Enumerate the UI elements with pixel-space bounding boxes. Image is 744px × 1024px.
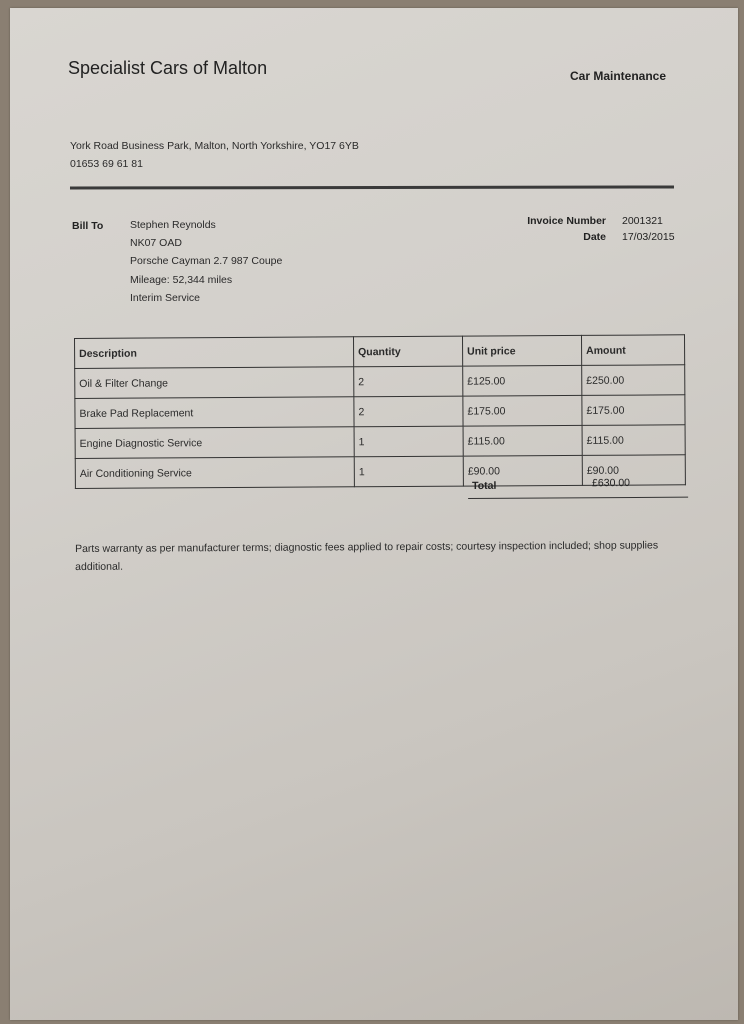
vehicle-registration: NK07 OAD xyxy=(130,234,282,252)
cell-unit-price: £115.00 xyxy=(463,425,582,456)
header-divider xyxy=(70,185,674,189)
customer-name: Stephen Reynolds xyxy=(130,216,282,234)
col-unit-price: Unit price xyxy=(462,335,581,366)
vehicle-mileage: Mileage: 52,344 miles xyxy=(130,271,282,289)
cell-description: Engine Diagnostic Service xyxy=(75,427,354,459)
cell-quantity: 2 xyxy=(354,366,463,397)
table-header-row: Description Quantity Unit price Amount xyxy=(75,335,685,369)
company-phone: 01653 69 61 81 xyxy=(70,155,359,173)
invoice-notes: Parts warranty as per manufacturer terms… xyxy=(75,536,705,576)
invoice-page: Specialist Cars of Malton Car Maintenanc… xyxy=(10,8,738,1020)
invoice-date-label: Date xyxy=(510,229,622,245)
company-address: York Road Business Park, Malton, North Y… xyxy=(70,137,359,155)
table-row: Brake Pad Replacement 2 £175.00 £175.00 xyxy=(75,395,685,429)
cell-amount: £175.00 xyxy=(582,395,685,426)
invoice-number-row: Invoice Number 2001321 xyxy=(510,213,675,229)
invoice-date-row: Date 17/03/2015 xyxy=(510,229,675,245)
invoice-date-value: 17/03/2015 xyxy=(622,229,675,245)
cell-amount: £115.00 xyxy=(582,425,685,456)
cell-unit-price: £125.00 xyxy=(463,365,582,396)
service-type: Interim Service xyxy=(130,289,282,307)
cell-quantity: 1 xyxy=(354,426,463,457)
cell-description: Oil & Filter Change xyxy=(75,367,354,399)
invoice-number-label: Invoice Number xyxy=(510,213,622,229)
bill-to-label: Bill To xyxy=(72,220,103,232)
document-type: Car Maintenance xyxy=(570,69,666,83)
bill-to-details: Stephen Reynolds NK07 OAD Porsche Cayman… xyxy=(130,216,282,307)
company-contact: York Road Business Park, Malton, North Y… xyxy=(70,137,359,173)
cell-amount: £250.00 xyxy=(582,365,685,396)
vehicle-model: Porsche Cayman 2.7 987 Coupe xyxy=(130,252,282,270)
table-row: Engine Diagnostic Service 1 £115.00 £115… xyxy=(75,425,685,459)
cell-description: Brake Pad Replacement xyxy=(75,397,354,429)
line-items-table: Description Quantity Unit price Amount O… xyxy=(74,334,686,489)
total-label: Total xyxy=(472,480,496,492)
invoice-meta: Invoice Number 2001321 Date 17/03/2015 xyxy=(510,213,675,245)
total-underline xyxy=(468,497,688,499)
col-description: Description xyxy=(75,337,354,369)
invoice-number-value: 2001321 xyxy=(622,213,663,229)
cell-quantity: 2 xyxy=(354,396,463,427)
table-row: Oil & Filter Change 2 £125.00 £250.00 xyxy=(75,365,685,399)
cell-quantity: 1 xyxy=(354,456,463,487)
total-value: £630.00 xyxy=(592,477,630,489)
company-name: Specialist Cars of Malton xyxy=(68,58,267,79)
cell-unit-price: £175.00 xyxy=(463,395,582,426)
col-quantity: Quantity xyxy=(353,336,462,367)
col-amount: Amount xyxy=(581,335,684,366)
cell-description: Air Conditioning Service xyxy=(75,457,354,489)
